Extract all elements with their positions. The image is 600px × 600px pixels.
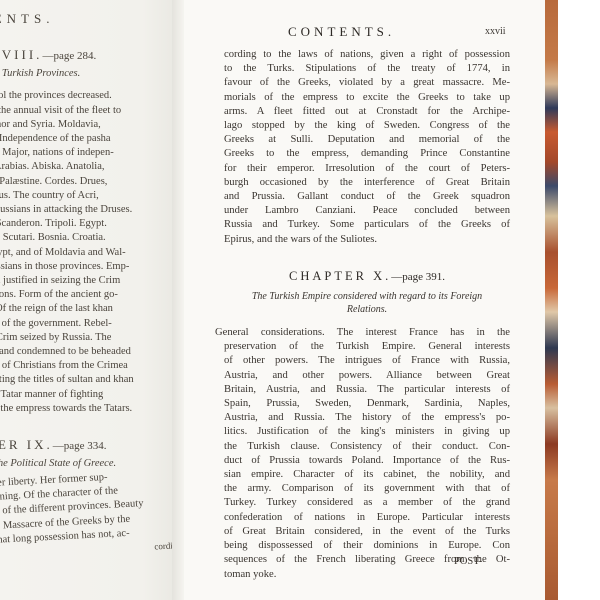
text-line: he Tatars. Of the reign of the last khan: [0, 302, 178, 316]
text-line: ed by the Russians in attacking the Drus…: [0, 203, 178, 217]
chapter-x-summary: General considerations. The interest Fra…: [224, 326, 510, 582]
text-line: confederation of nations in Europe. Part…: [224, 511, 510, 525]
chapter-x-title: CHAPTER X.: [289, 269, 391, 283]
catchword: POST-: [454, 556, 482, 567]
text-line: tars. Russia justified in seizing the Cr…: [0, 274, 178, 288]
text-line: Russia and Turkey. Some particulars of t…: [224, 218, 510, 232]
text-line: in general. Independence of the pasha: [0, 132, 178, 146]
text-line: essions by the annual visit of the fleet…: [0, 104, 178, 118]
text-line: burgh occasioned by the interference of …: [224, 176, 510, 190]
chapter-viii-heading: PTER VIII.—page 284.: [0, 48, 178, 63]
chapter-x-heading: CHAPTER X.—page 391.: [224, 269, 510, 284]
text-line: d prisoner, and condemned to be beheaded: [0, 345, 178, 359]
text-line: Epirus, and the wars of the Suliotes.: [224, 233, 510, 247]
text-line: being dispossessed of their dominions in…: [224, 539, 510, 553]
text-line: lago stopped by the king of Sweden. Cong…: [224, 119, 510, 133]
text-line: General considerations. The interest Fra…: [215, 326, 510, 340]
text-line: Emigration of Christians from the Crimea: [0, 359, 178, 373]
chapter-ix-continued: cording to the laws of nations, given a …: [224, 48, 510, 247]
text-line: t of the Russians in those provinces. Em…: [0, 260, 178, 274]
chapter-viii-title: PTER VIII.: [0, 47, 42, 62]
text-line: atars. The Crim seized by Russia. The: [0, 331, 178, 345]
left-page-text: ONTENTS. PTER VIII.—page 284. State of t…: [0, 4, 178, 565]
chapter-viii-subtitle: State of the Turkish Provinces.: [0, 67, 178, 81]
subtitle-line: Relations.: [224, 303, 510, 316]
text-line: nia. Epirus. Scutari. Bosnia. Croatia.: [0, 231, 178, 245]
text-line: Greeks at Sulli. Deputation and memorial…: [224, 133, 510, 147]
right-page: CONTENTS. xxvii cording to the laws of n…: [184, 0, 546, 600]
text-line: cted respecting the titles of sultan and…: [0, 373, 178, 387]
running-header: CONTENTS. xxvii: [184, 24, 546, 40]
chapter-ix-heading: HAPTER IX.—page 334.: [0, 438, 178, 453]
text-line: sian empire. Character of its cabinet, t…: [224, 468, 510, 482]
text-line: arms. A fleet fitted out at Cronstadt fo…: [224, 105, 510, 119]
chapter-x-page-ref: —page 391.: [391, 271, 445, 283]
text-line: Austria, and other powers. Alliance betw…: [224, 369, 510, 383]
subtitle-line: The Turkish Empire considered with regar…: [224, 290, 510, 303]
chapter-viii-page-ref: —page 284.: [42, 50, 96, 62]
text-line: the Turkish clause. Consistency of their…: [224, 440, 510, 454]
text-line: umanity of the empress towards the Tatar…: [0, 402, 178, 416]
text-line: o. Asia Minor and Syria. Moldavia,: [0, 118, 178, 132]
text-line: Britain, Austria, and Russia. The partic…: [224, 383, 510, 397]
text-line: morials of the empress to excite the Gre…: [224, 91, 510, 105]
text-line: rte to control the provinces decreased.: [0, 89, 178, 103]
chapter-ix-page-ref: —page 334.: [53, 440, 107, 452]
text-line: favour of the Greeks, violated by a grea…: [224, 76, 510, 90]
chapter-x-subtitle: The Turkish Empire considered with regar…: [224, 290, 510, 316]
text-line: In Armenia Major, nations of indepen-: [0, 146, 178, 160]
text-line: duct of Prussia towards Poland. Importan…: [224, 454, 510, 468]
text-line: cording to the laws of nations, given a …: [224, 48, 510, 62]
text-line: Spain, Prussia, Sweden, Denmark, Sardini…: [224, 397, 510, 411]
text-line: the army. Comparison of its government w…: [224, 482, 510, 496]
text-line: he Crimea. Tatar manner of fighting: [0, 388, 178, 402]
text-line: myrna and Palæstine. Cordes. Drues,: [0, 175, 178, 189]
text-line: Greeks to the empress, demanding Prince …: [224, 147, 510, 161]
chapter-ix-title: HAPTER IX.: [0, 437, 53, 452]
text-line: under Lambro Canziani. Peace concluded b…: [224, 204, 510, 218]
text-line: Anti-Libanus. The country of Acri,: [0, 189, 178, 203]
text-line: of other powers. The intrigues of France…: [224, 354, 510, 368]
text-line: e Tatar nations. Form of the ancient go-: [0, 288, 178, 302]
text-line: toman yoke.: [224, 568, 510, 582]
text-line: pecting Egypt, and of Moldavia and Wal-: [0, 246, 178, 260]
right-page-body: cording to the laws of nations, given a …: [224, 48, 510, 582]
text-line: The three Arabias. Abiska. Anatolia,: [0, 160, 178, 174]
text-line: and Prussia. Gallant conduct of the Gree…: [224, 190, 510, 204]
chapter-viii-summary: rte to control the provinces decreased. …: [0, 89, 178, 416]
text-line: preservation of the Turkish Empire. Gene…: [224, 340, 510, 354]
text-line: to the Turks. Stipulations of the treaty…: [224, 62, 510, 76]
left-running-head: ONTENTS.: [0, 12, 178, 40]
text-line: His change of the government. Rebel-: [0, 317, 178, 331]
text-line: Laodicea. Scanderon. Tripoli. Egypt.: [0, 217, 178, 231]
marbled-book-edge: [545, 0, 558, 600]
chapter-ix-summary: to regain her liberty. Her former sup- r…: [0, 468, 178, 565]
text-line: for their emperor. Irresolution of the c…: [224, 162, 510, 176]
text-line: Turkey. Turkey considered as a member of…: [224, 496, 510, 510]
text-line: Austria, and Russia. The history of the …: [224, 411, 510, 425]
page-number: xxvii: [485, 26, 506, 37]
text-line: litics. Justification of the king's mini…: [224, 425, 510, 439]
running-head-title: CONTENTS.: [288, 24, 395, 40]
background: [558, 0, 600, 600]
text-line: of Great Britain considered, in the even…: [224, 525, 510, 539]
left-page: ONTENTS. PTER VIII.—page 284. State of t…: [0, 0, 178, 600]
